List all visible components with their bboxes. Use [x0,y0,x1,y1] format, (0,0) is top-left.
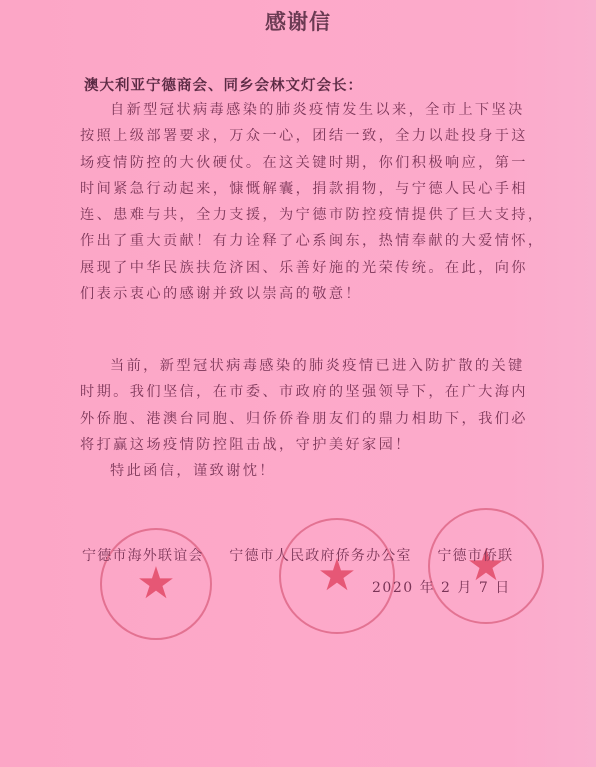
signatories: 宁德市海外联谊会 宁德市人民政府侨务办公室 宁德市侨联 [82,545,533,565]
signatory: 宁德市海外联谊会 [82,548,204,564]
paragraph-1: 自新型冠状病毒感染的肺炎疫情发生以来，全市上下坚决 按照上级部署要求，万众一心，… [80,97,492,307]
paragraph-line: 展现了中华民族扶危济困、乐善好施的光荣传统。在此，向你 [80,255,492,281]
paragraph-line: 场疫情防控的大伙硬仗。在这关键时期，你们积极响应，第一 [80,150,492,176]
official-seal: ★ [279,518,395,634]
letter-salutation: 澳大利亚宁德商会、同乡会林文灯会长： [84,74,363,95]
paragraph-line: 作出了重大贡献！有力诠释了心系闽东，热情奉献的大爱情怀， [80,228,492,254]
closing-paragraph: 特此函信，谨致谢忱！ [80,458,492,484]
paragraph-line: 连、患难与共，全力支援，为宁德市防控疫情提供了巨大支持， [80,202,492,228]
star-icon: ★ [136,562,175,606]
letter-date: 2020 年 2 月 7 日 [372,577,511,597]
closing-line: 特此函信，谨致谢忱！ [80,458,492,484]
paragraph-line: 时期。我们坚信，在市委、市政府的坚强领导下，在广大海内 [80,379,492,405]
paragraph-line: 按照上级部署要求，万众一心，团结一致，全力以赴投身于这 [80,123,492,149]
paragraph-line: 当前，新型冠状病毒感染的肺炎疫情已进入防扩散的关键 [80,353,492,379]
paragraph-2: 当前，新型冠状病毒感染的肺炎疫情已进入防扩散的关键 时期。我们坚信，在市委、市政… [80,353,492,458]
paragraph-line: 自新型冠状病毒感染的肺炎疫情发生以来，全市上下坚决 [80,97,492,123]
paragraph-line: 时间紧急行动起来，慷慨解囊，捐款捐物，与宁德人民心手相 [80,176,492,202]
paragraph-line: 们表示衷心的感谢并致以崇高的敬意！ [80,281,492,307]
official-seal: ★ [428,508,544,624]
signatory: 宁德市人民政府侨务办公室 [229,548,411,564]
paragraph-line: 将打赢这场疫情防控阻击战，守护美好家园！ [80,432,492,458]
signatory: 宁德市侨联 [437,548,513,564]
paragraph-line: 外侨胞、港澳台同胞、归侨侨眷朋友们的鼎力相助下，我们必 [80,406,492,432]
letter-title: 感谢信 [0,6,596,36]
